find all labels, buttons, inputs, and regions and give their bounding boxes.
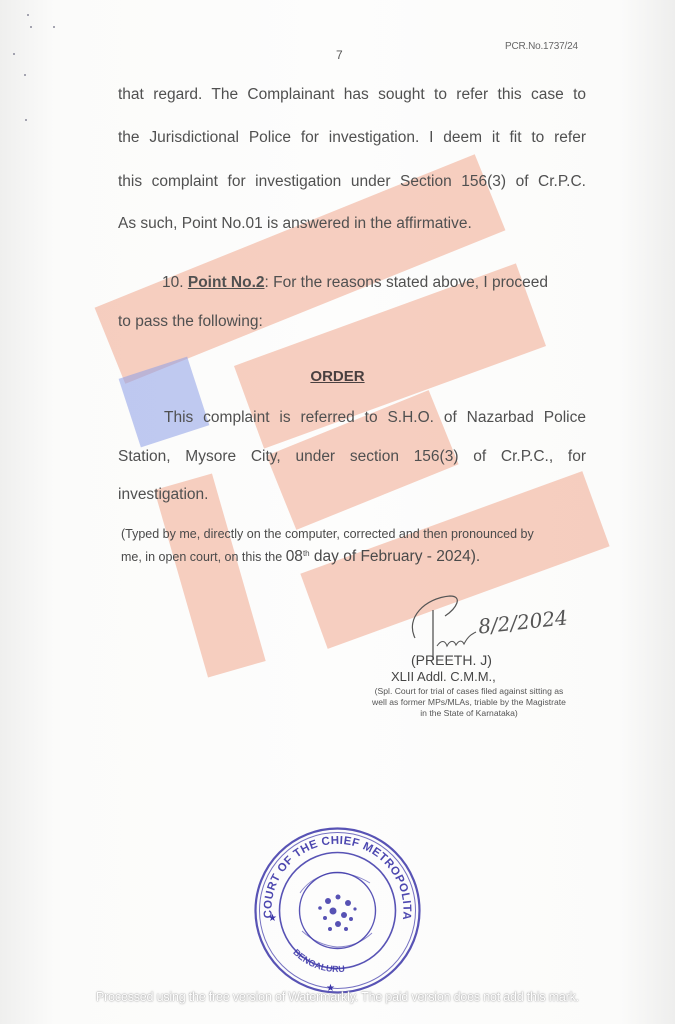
judge-name: (PREETH. J) [411, 652, 492, 668]
order-line: Station, Mysore City, under section 156(… [118, 448, 586, 466]
judge-title: XLII Addl. C.M.M., [391, 669, 496, 684]
note-day-suffix: th [303, 549, 310, 558]
paragraph-number: 10. [162, 274, 184, 291]
point-2-label: Point No.2 [188, 274, 265, 291]
court-line: well as former MPs/MLAs, triable by the … [338, 697, 600, 708]
court-line: in the State of Karnataka) [338, 708, 600, 719]
court-line: (Spl. Court for trial of cases filed aga… [338, 686, 600, 697]
case-number: PCR.No.1737/24 [505, 41, 578, 52]
order-line: This complaint is referred to S.H.O. of … [164, 409, 586, 427]
point-2-text: : For the reasons stated above, I procee… [265, 274, 548, 291]
paragraph-line: to pass the following: [118, 313, 263, 331]
court-seal-icon: COURT OF THE CHIEF METROPOLITAN MAGISTRA… [250, 823, 425, 998]
paragraph-line: As such, Point No.01 is answered in the … [118, 215, 472, 233]
overlay-band-5 [154, 474, 265, 678]
document-page: 7 PCR.No.1737/24 that regard. The Compla… [0, 0, 675, 1024]
paragraph-line: this complaint for investigation under S… [118, 173, 586, 191]
note-prefix: me, in open court, on this the [121, 550, 286, 564]
watermark-text: Processed using the free version of Wate… [0, 990, 675, 1004]
note-line-2: me, in open court, on this the 08th day … [121, 544, 591, 567]
note-line-1: (Typed by me, directly on the computer, … [121, 524, 591, 544]
pronouncement-note: (Typed by me, directly on the computer, … [121, 524, 591, 567]
paragraph-line: the Jurisdictional Police for investigat… [118, 129, 586, 147]
svg-text:BENGALURU: BENGALURU [291, 947, 345, 974]
point-2-line: 10. Point No.2: For the reasons stated a… [162, 274, 586, 292]
order-line: investigation. [118, 486, 208, 504]
note-date-rest: day of February - 2024). [310, 548, 481, 565]
order-heading: ORDER [0, 368, 675, 385]
page-number: 7 [336, 48, 343, 62]
note-day: 08 [286, 548, 303, 565]
svg-text:★: ★ [268, 913, 277, 924]
svg-text:COURT OF THE CHIEF METROPOLITA: COURT OF THE CHIEF METROPOLITAN MAGISTRA… [250, 823, 413, 921]
court-description: (Spl. Court for trial of cases filed aga… [338, 686, 600, 719]
paragraph-line: that regard. The Complainant has sought … [118, 86, 586, 104]
